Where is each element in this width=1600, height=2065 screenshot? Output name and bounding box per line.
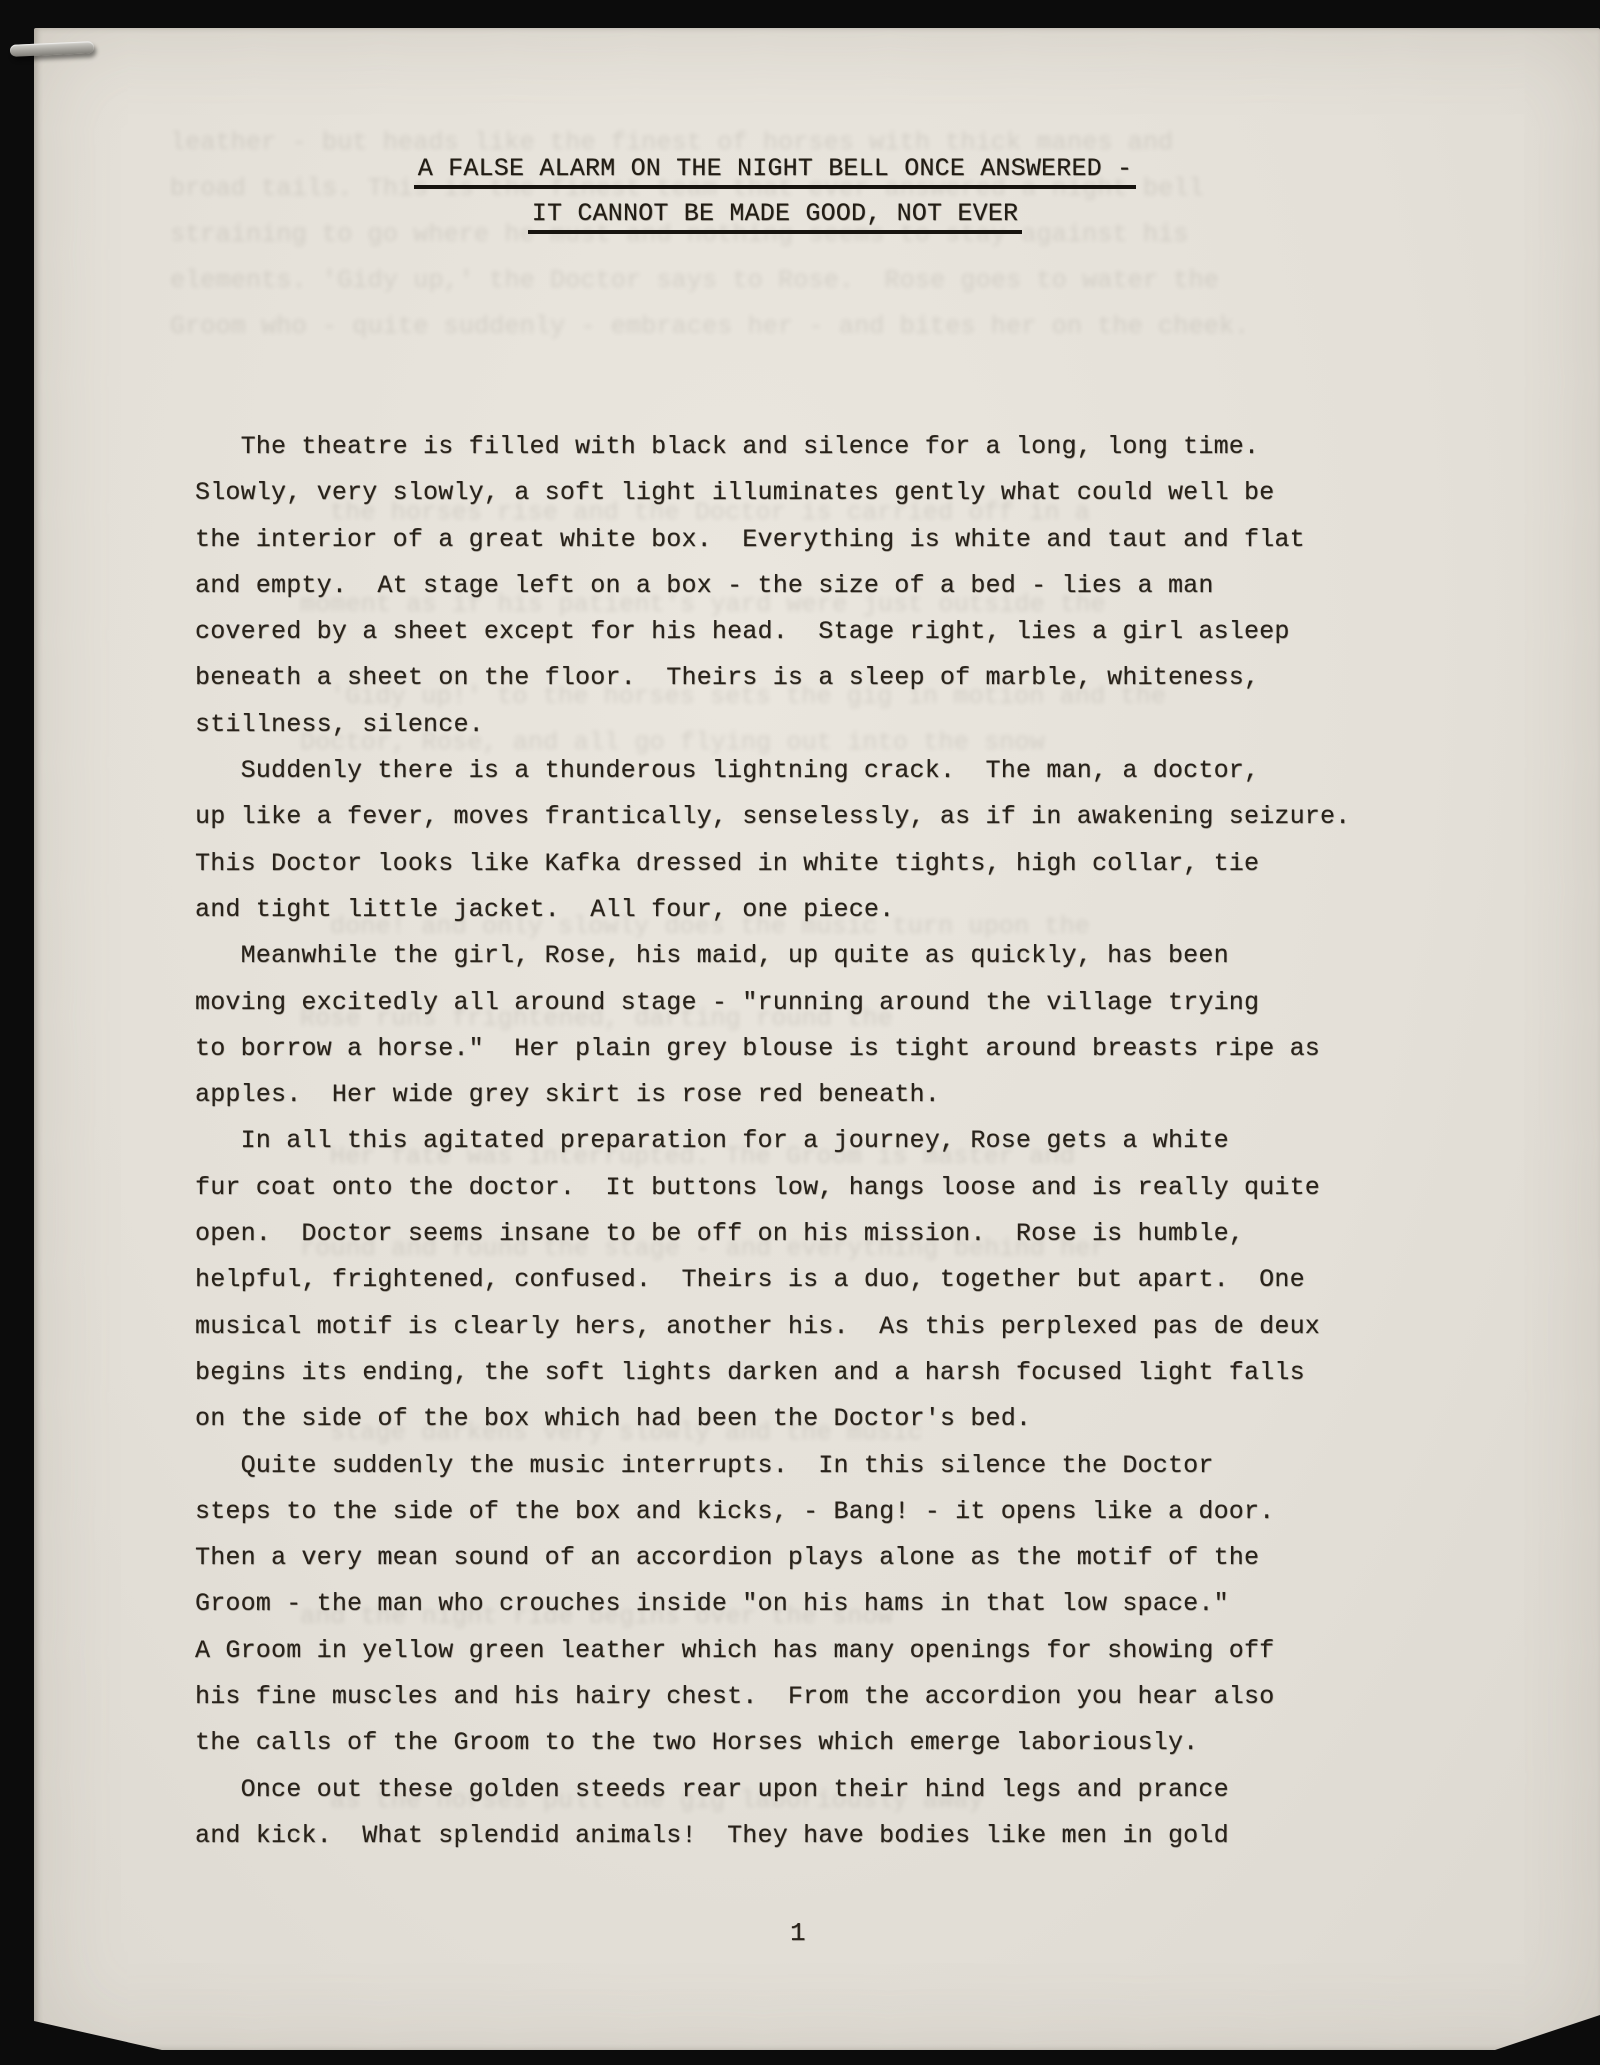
typed-line: up like a fever, moves frantically, sens… [195, 794, 1455, 840]
typed-line: apples. Her wide grey skirt is rose red … [195, 1072, 1455, 1118]
title-line-2: IT CANNOT BE MADE GOOD, NOT EVER [528, 201, 1022, 234]
typed-line: to borrow a horse." Her plain grey blous… [195, 1026, 1455, 1072]
typed-line: on the side of the box which had been th… [195, 1396, 1455, 1442]
typed-line: and tight little jacket. All four, one p… [195, 887, 1455, 933]
body-text: The theatre is filled with black and sil… [195, 424, 1455, 1859]
typed-line: beneath a sheet on the floor. Theirs is … [195, 655, 1455, 701]
typed-line: the calls of the Groom to the two Horses… [195, 1720, 1455, 1766]
typed-line: fur coat onto the doctor. It buttons low… [195, 1165, 1455, 1211]
title-line-1-row: A FALSE ALARM ON THE NIGHT BELL ONCE ANS… [195, 156, 1355, 189]
typed-line: Then a very mean sound of an accordion p… [195, 1535, 1455, 1581]
typed-line: the interior of a great white box. Every… [195, 517, 1455, 563]
typed-line: stillness, silence. [195, 702, 1455, 748]
typed-line: moving excitedly all around stage - "run… [195, 980, 1455, 1026]
title-line-1: A FALSE ALARM ON THE NIGHT BELL ONCE ANS… [414, 156, 1137, 189]
typed-line: and empty. At stage left on a box - the … [195, 563, 1455, 609]
typed-line: his fine muscles and his hairy chest. Fr… [195, 1674, 1455, 1720]
document-title: A FALSE ALARM ON THE NIGHT BELL ONCE ANS… [195, 156, 1355, 246]
typed-line: In all this agitated preparation for a j… [195, 1118, 1455, 1164]
title-line-2-row: IT CANNOT BE MADE GOOD, NOT EVER [195, 201, 1355, 234]
scanned-page: leather - but heads like the finest of h… [0, 0, 1600, 2065]
typed-line: Quite suddenly the music interrupts. In … [195, 1443, 1455, 1489]
typed-line: helpful, frightened, confused. Theirs is… [195, 1257, 1455, 1303]
typed-line: Meanwhile the girl, Rose, his maid, up q… [195, 933, 1455, 979]
typed-line: and kick. What splendid animals! They ha… [195, 1813, 1455, 1859]
typed-line: This Doctor looks like Kafka dressed in … [195, 841, 1455, 887]
typed-line: Once out these golden steeds rear upon t… [195, 1767, 1455, 1813]
typed-line: Suddenly there is a thunderous lightning… [195, 748, 1455, 794]
page-number: 1 [790, 1918, 806, 1948]
typed-line: Groom - the man who crouches inside "on … [195, 1581, 1455, 1627]
ghost-line: Groom who - quite suddenly - embraces he… [170, 312, 1249, 341]
ghost-line: leather - but heads like the finest of h… [170, 128, 1173, 157]
typed-line: covered by a sheet except for his head. … [195, 609, 1455, 655]
ghost-line: elements. 'Gidy up,' the Doctor says to … [170, 266, 1219, 295]
typed-line: A Groom in yellow green leather which ha… [195, 1628, 1455, 1674]
typed-line: Slowly, very slowly, a soft light illumi… [195, 470, 1455, 516]
typed-line: open. Doctor seems insane to be off on h… [195, 1211, 1455, 1257]
typed-line: steps to the side of the box and kicks, … [195, 1489, 1455, 1535]
typed-line: The theatre is filled with black and sil… [195, 424, 1455, 470]
typed-line: musical motif is clearly hers, another h… [195, 1304, 1455, 1350]
typed-line: begins its ending, the soft lights darke… [195, 1350, 1455, 1396]
